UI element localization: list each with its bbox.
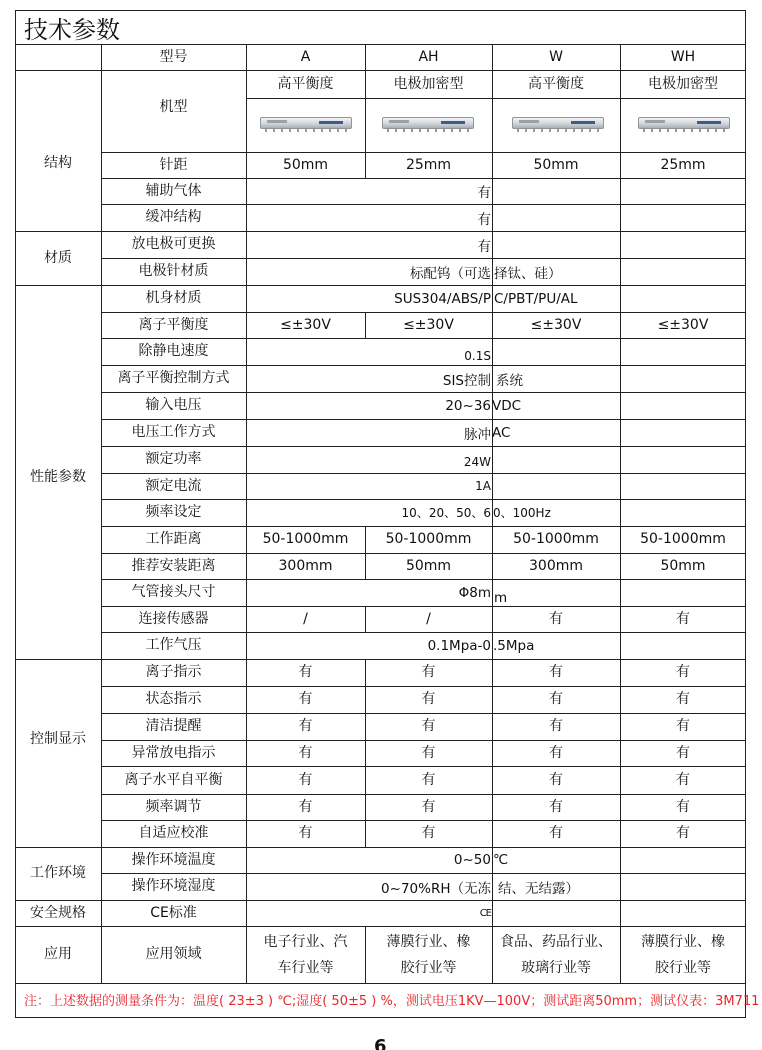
row-label-air-pressure: 工作气压 <box>101 632 246 659</box>
divider <box>246 98 746 99</box>
row-label-freq-adjust: 频率调节 <box>101 794 246 820</box>
row-label-self-balance: 离子水平自平衡 <box>101 766 246 794</box>
install-distance-ah: 50mm <box>365 553 492 579</box>
measurement-note: 注：上述数据的测量条件为：温度( 23±3 ) ℃;湿度( 50±5 ) %，测… <box>24 990 759 1009</box>
install-distance-w: 300mm <box>492 553 620 579</box>
row-label-replaceable: 放电极可更换 <box>101 231 246 258</box>
needle-material-value-right: 择钛、硅） <box>494 258 562 285</box>
app-field-a-line1: 电子行业、汽 <box>264 929 348 955</box>
op-temp-value-left: 0~50 <box>454 847 491 873</box>
app-field-wh-line2: 胶行业等 <box>655 955 711 981</box>
row-label-install-distance: 推荐安装距离 <box>101 553 246 579</box>
spec-page: 技术参数 型号 A AH W WH 结构 材质 性能参数 <box>0 0 762 1050</box>
sensor-ah: / <box>365 606 492 632</box>
app-field-a: 电子行业、汽 车行业等 <box>246 926 365 983</box>
self-balance-wh: 有 <box>620 766 746 794</box>
aux-gas-value: 有 <box>478 178 492 204</box>
row-label-air-fitting: 气管接头尺寸 <box>101 579 246 606</box>
row-label-ce: CE标准 <box>101 900 246 926</box>
freq-adjust-ah: 有 <box>365 794 492 820</box>
model-label: 型号 <box>101 44 246 70</box>
row-label-balance-control: 离子平衡控制方式 <box>101 365 246 392</box>
air-pressure-value-right: .5Mpa <box>493 632 534 659</box>
self-balance-a: 有 <box>246 766 365 794</box>
row-label-speed: 除静电速度 <box>101 338 246 365</box>
input-voltage-value-right: VDC <box>492 392 521 419</box>
row-label-status-indicator: 状态指示 <box>101 686 246 713</box>
frequency-value-right: 0、100Hz <box>493 499 551 526</box>
sensor-wh: 有 <box>620 606 746 632</box>
section-control: 控制显示 <box>15 659 101 847</box>
divider <box>15 983 746 984</box>
model-a: A <box>246 44 365 70</box>
page-title: 技术参数 <box>24 10 120 44</box>
freq-adjust-w: 有 <box>492 794 620 820</box>
app-field-a-line2: 车行业等 <box>278 955 334 981</box>
ionizer-bar-image <box>638 117 730 129</box>
row-label-self-calibration: 自适应校准 <box>101 820 246 847</box>
needle-pitch-ah: 25mm <box>365 152 492 178</box>
model-wh: WH <box>620 44 746 70</box>
install-distance-wh: 50mm <box>620 553 746 579</box>
needle-pitch-wh: 25mm <box>620 152 746 178</box>
self-calibration-a: 有 <box>246 820 365 847</box>
voltage-mode-value-right: AC <box>492 419 510 446</box>
clean-reminder-w: 有 <box>492 713 620 740</box>
abnormal-discharge-wh: 有 <box>620 740 746 766</box>
input-voltage-value-left: 20~36 <box>445 392 491 419</box>
status-indicator-w: 有 <box>492 686 620 713</box>
clean-reminder-ah: 有 <box>365 713 492 740</box>
freq-adjust-wh: 有 <box>620 794 746 820</box>
sensor-w: 有 <box>492 606 620 632</box>
app-field-ah: 薄膜行业、橡 胶行业等 <box>365 926 492 983</box>
ion-balance-ah: ≤±30V <box>365 312 492 338</box>
model-ah: AH <box>365 44 492 70</box>
sensor-a: / <box>246 606 365 632</box>
app-field-wh: 薄膜行业、橡 胶行业等 <box>620 926 746 983</box>
machine-type-wh: 电极加密型 <box>620 70 746 98</box>
op-temp-value-right: ℃ <box>493 847 508 873</box>
app-field-w-line1: 食品、药品行业、 <box>500 929 612 955</box>
ionizer-bar-image <box>512 117 604 129</box>
self-calibration-wh: 有 <box>620 820 746 847</box>
section-environment: 工作环境 <box>15 847 101 900</box>
self-balance-ah: 有 <box>365 766 492 794</box>
row-label-aux-gas: 辅助气体 <box>101 178 246 204</box>
work-distance-wh: 50-1000mm <box>620 526 746 553</box>
work-distance-a: 50-1000mm <box>246 526 365 553</box>
ionizer-bar-image <box>260 117 352 129</box>
ionizer-bar-image <box>382 117 474 129</box>
app-field-w: 食品、药品行业、 玻璃行业等 <box>492 926 620 983</box>
app-field-ah-line2: 胶行业等 <box>401 955 457 981</box>
work-distance-ah: 50-1000mm <box>365 526 492 553</box>
ion-balance-a: ≤±30V <box>246 312 365 338</box>
replaceable-value: 有 <box>478 231 492 258</box>
ion-indicator-ah: 有 <box>365 659 492 686</box>
row-label-voltage-mode: 电压工作方式 <box>101 419 246 446</box>
ce-mark-icon: CE <box>480 900 491 926</box>
needle-material-value-left: 标配钨（可选 <box>410 258 491 285</box>
row-label-op-humidity: 操作环境湿度 <box>101 873 246 900</box>
status-indicator-wh: 有 <box>620 686 746 713</box>
air-pressure-value-left: 0.1Mpa-0 <box>428 632 491 659</box>
app-field-wh-line1: 薄膜行业、橡 <box>641 929 725 955</box>
status-indicator-a: 有 <box>246 686 365 713</box>
needle-pitch-w: 50mm <box>492 152 620 178</box>
row-label-buffer: 缓冲结构 <box>101 204 246 231</box>
body-material-value-left: SUS304/ABS/P <box>394 285 491 312</box>
row-label-input-voltage: 输入电压 <box>101 392 246 419</box>
buffer-value: 有 <box>478 204 492 231</box>
row-label-op-temp: 操作环境温度 <box>101 847 246 873</box>
abnormal-discharge-w: 有 <box>492 740 620 766</box>
section-material: 材质 <box>15 231 101 285</box>
model-w: W <box>492 44 620 70</box>
clean-reminder-a: 有 <box>246 713 365 740</box>
needle-pitch-a: 50mm <box>246 152 365 178</box>
ion-indicator-w: 有 <box>492 659 620 686</box>
rated-current-value: 1A <box>475 473 491 499</box>
page-number: 6 <box>374 1036 387 1050</box>
balance-control-value-left: SIS控制 <box>443 365 491 392</box>
op-humidity-value-left: 0~70%RH（无冻 <box>381 873 491 900</box>
section-safety: 安全规格 <box>15 900 101 926</box>
clean-reminder-wh: 有 <box>620 713 746 740</box>
machine-type-ah: 电极加密型 <box>365 70 492 98</box>
app-field-ah-line1: 薄膜行业、橡 <box>387 929 471 955</box>
ion-indicator-wh: 有 <box>620 659 746 686</box>
frequency-value-left: 10、20、50、6 <box>402 499 491 526</box>
section-performance: 性能参数 <box>15 285 101 659</box>
ion-balance-wh: ≤±30V <box>620 312 746 338</box>
row-label-needle-material: 电极针材质 <box>101 258 246 285</box>
row-label-body-material: 机身材质 <box>101 285 246 312</box>
row-label-ion-indicator: 离子指示 <box>101 659 246 686</box>
row-label-work-distance: 工作距离 <box>101 526 246 553</box>
row-label-ion-balance: 离子平衡度 <box>101 312 246 338</box>
row-label-clean-reminder: 清洁提醒 <box>101 713 246 740</box>
freq-adjust-a: 有 <box>246 794 365 820</box>
row-label-rated-power: 额定功率 <box>101 446 246 473</box>
air-fitting-value-left: Φ8m <box>459 579 491 606</box>
machine-type-w: 高平衡度 <box>492 70 620 98</box>
self-calibration-ah: 有 <box>365 820 492 847</box>
abnormal-discharge-ah: 有 <box>365 740 492 766</box>
section-structure: 结构 <box>15 70 101 231</box>
app-field-w-line2: 玻璃行业等 <box>521 955 591 981</box>
abnormal-discharge-a: 有 <box>246 740 365 766</box>
row-label-rated-current: 额定电流 <box>101 473 246 499</box>
section-application: 应用 <box>15 926 101 983</box>
balance-control-value-right: 系统 <box>496 365 523 392</box>
row-label-app-field: 应用领域 <box>101 926 246 983</box>
status-indicator-ah: 有 <box>365 686 492 713</box>
ion-balance-w: ≤±30V <box>492 312 620 338</box>
voltage-mode-value-left: 脉冲 <box>464 419 491 446</box>
row-label-machine-type: 机型 <box>101 70 246 152</box>
ion-indicator-a: 有 <box>246 659 365 686</box>
row-label-needle-pitch: 针距 <box>101 152 246 178</box>
work-distance-w: 50-1000mm <box>492 526 620 553</box>
rated-power-value: 24W <box>464 448 491 475</box>
self-balance-w: 有 <box>492 766 620 794</box>
row-label-frequency: 频率设定 <box>101 499 246 526</box>
self-calibration-w: 有 <box>492 820 620 847</box>
row-label-sensor: 连接传感器 <box>101 606 246 632</box>
row-label-abnormal-discharge: 异常放电指示 <box>101 740 246 766</box>
op-humidity-value-right: 结、无结露） <box>498 873 579 900</box>
body-material-value-right: C/PBT/PU/AL <box>494 285 578 312</box>
machine-type-a: 高平衡度 <box>246 70 365 98</box>
install-distance-a: 300mm <box>246 553 365 579</box>
